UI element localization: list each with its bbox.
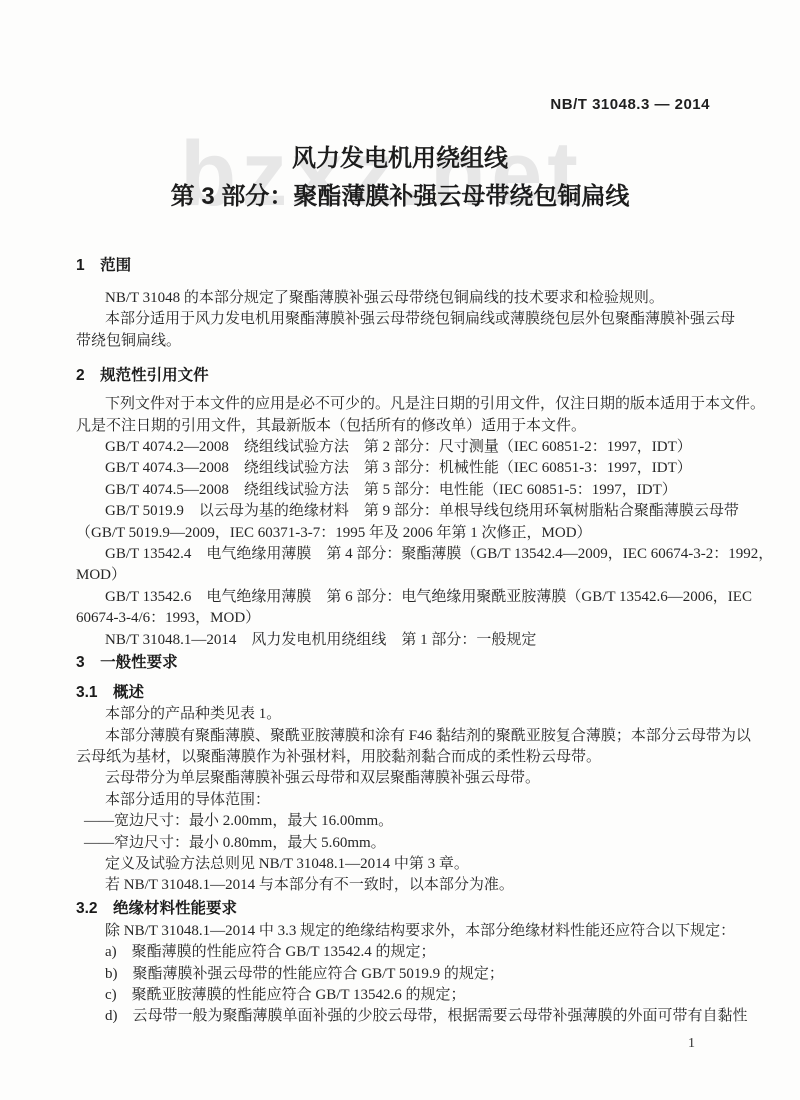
text-line: 60674-3-4/6：1993，MOD）: [76, 608, 726, 629]
text-line: 定义及试验方法总则见 NB/T 31048.1—2014 中第 3 章。: [76, 854, 726, 875]
text-line: a) 聚酯薄膜的性能应符合 GB/T 13542.4 的规定；: [76, 942, 726, 963]
document-title-line-2: 第 3 部分：聚酯薄膜补强云母带绕包铜扁线: [0, 184, 800, 210]
text-line: 除 NB/T 31048.1—2014 中 3.3 规定的绝缘结构要求外，本部分…: [76, 921, 726, 942]
document-title: 风力发电机用绕组线 第 3 部分：聚酯薄膜补强云母带绕包铜扁线: [0, 146, 800, 210]
text-line: GB/T 4074.5—2008 绕组线试验方法 第 5 部分：电性能（IEC …: [76, 480, 726, 501]
text-line: ——宽边尺寸：最小 2.00mm，最大 16.00mm。: [76, 811, 726, 832]
page-number: 1: [688, 1036, 695, 1052]
text-line: 下列文件对于本文件的应用是必不可少的。凡是注日期的引用文件，仅注日期的版本适用于…: [76, 394, 726, 415]
text-line: 本部分薄膜有聚酯薄膜、聚酰亚胺薄膜和涂有 F46 黏结剂的聚酰亚胺复合薄膜；本部…: [76, 726, 726, 747]
text-line: 本部分适用的导体范围：: [76, 790, 726, 811]
text-line: MOD）: [76, 565, 726, 586]
text-line: （GB/T 5019.9—2009，IEC 60371-3-7：1995 年及 …: [76, 523, 726, 544]
section-heading-general-requirements: 3 一般性要求: [76, 652, 726, 674]
section-heading-normative-references: 2 规范性引用文件: [76, 365, 726, 387]
text-line: ——窄边尺寸：最小 0.80mm，最大 5.60mm。: [76, 833, 726, 854]
text-line: 若 NB/T 31048.1—2014 与本部分有不一致时，以本部分为准。: [76, 875, 726, 896]
text-line: 带绕包铜扁线。: [76, 331, 726, 352]
section-heading-scope: 1 范围: [76, 255, 726, 277]
text-line: 云母纸为基材，以聚酯薄膜作为补强材料，用胶黏剂黏合而成的柔性粉云母带。: [76, 747, 726, 768]
text-line: GB/T 13542.6 电气绝缘用薄膜 第 6 部分：电气绝缘用聚酰亚胺薄膜（…: [76, 587, 726, 608]
text-line: 凡是不注日期的引用文件，其最新版本（包括所有的修改单）适用于本文件。: [76, 416, 726, 437]
text-line: 本部分适用于风力发电机用聚酯薄膜补强云母带绕包铜扁线或薄膜绕包层外包聚酯薄膜补强…: [76, 309, 726, 330]
standard-code: NB/T 31048.3 — 2014: [550, 96, 710, 113]
text-line: GB/T 4074.2—2008 绕组线试验方法 第 2 部分：尺寸测量（IEC…: [76, 437, 726, 458]
text-line: GB/T 13542.4 电气绝缘用薄膜 第 4 部分：聚酯薄膜（GB/T 13…: [76, 544, 726, 565]
section-heading-insulation-material-requirements: 3.2 绝缘材料性能要求: [76, 898, 726, 920]
text-line: NB/T 31048 的本部分规定了聚酯薄膜补强云母带绕包铜扁线的技术要求和检验…: [76, 288, 726, 309]
text-line: GB/T 4074.3—2008 绕组线试验方法 第 3 部分：机械性能（IEC…: [76, 458, 726, 479]
document-body: 1 范围 NB/T 31048 的本部分规定了聚酯薄膜补强云母带绕包铜扁线的技术…: [76, 250, 726, 1028]
section-heading-overview: 3.1 概述: [76, 682, 726, 704]
text-line: 云母带分为单层聚酯薄膜补强云母带和双层聚酯薄膜补强云母带。: [76, 768, 726, 789]
text-line: c) 聚酰亚胺薄膜的性能应符合 GB/T 13542.6 的规定；: [76, 985, 726, 1006]
text-line: d) 云母带一般为聚酯薄膜单面补强的少胶云母带，根据需要云母带补强薄膜的外面可带…: [76, 1006, 726, 1027]
text-line: GB/T 5019.9 以云母为基的绝缘材料 第 9 部分：单根导线包绕用环氧树…: [76, 501, 726, 522]
document-page: bzxz.net NB/T 31048.3 — 2014 风力发电机用绕组线 第…: [0, 0, 800, 1100]
text-line: NB/T 31048.1—2014 风力发电机用绕组线 第 1 部分：一般规定: [76, 630, 726, 651]
text-line: b) 聚酯薄膜补强云母带的性能应符合 GB/T 5019.9 的规定；: [76, 964, 726, 985]
text-line: 本部分的产品种类见表 1。: [76, 704, 726, 725]
document-title-line-1: 风力发电机用绕组线: [0, 146, 800, 172]
